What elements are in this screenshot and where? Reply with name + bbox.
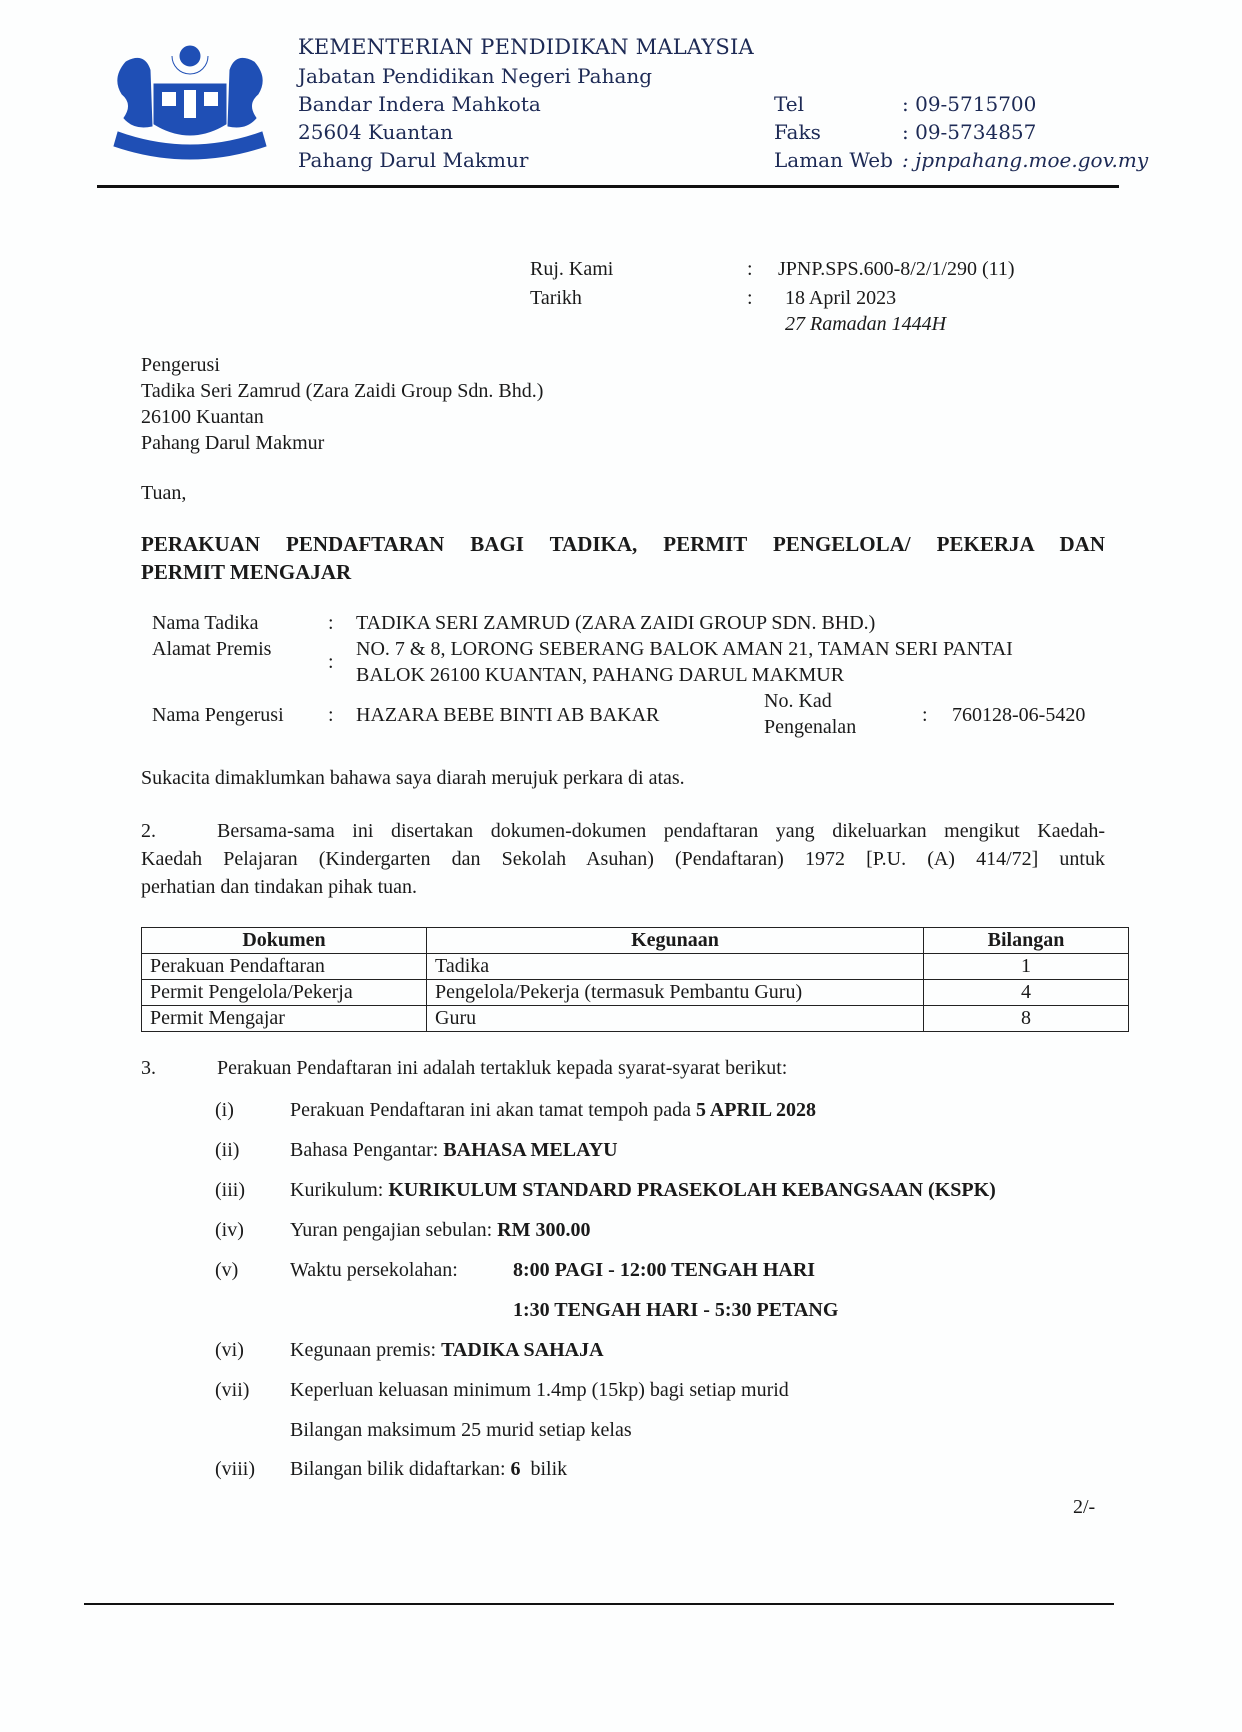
condition-number: (iv)	[215, 1219, 244, 1242]
department-address: Jabatan Pendidikan Negeri Pahang Bandar …	[298, 62, 652, 174]
condition-text: Waktu persekolahan:	[290, 1259, 458, 1282]
column-header: Bilangan	[924, 928, 1129, 954]
condition-text: Keperluan keluasan minimum 1.4mp (15kp) …	[290, 1379, 789, 1402]
condition-number: (viii)	[215, 1458, 255, 1481]
condition-value: 1:30 TENGAH HARI - 5:30 PETANG	[513, 1299, 838, 1322]
pengerusi-value: HAZARA BEBE BINTI AB BAKAR	[356, 702, 659, 728]
nama-tadika-value: TADIKA SERI ZAMRUD (ZARA ZAIDI GROUP SDN…	[356, 610, 875, 636]
para-number: 3.	[141, 1057, 156, 1079]
ic-label-2: Pengenalan	[764, 714, 856, 740]
condition-number: (v)	[215, 1259, 238, 1282]
condition-value: 6	[511, 1458, 521, 1480]
cell-dokumen: Permit Pengelola/Pekerja	[142, 980, 427, 1006]
cell-bilangan: 4	[924, 980, 1129, 1006]
colon: :	[747, 256, 753, 282]
table-row: Permit Pengelola/Pekerja Pengelola/Peker…	[142, 980, 1129, 1006]
para-number: 2.	[141, 817, 156, 845]
hijri-date: 27 Ramadan 1444H	[785, 311, 946, 337]
column-header: Dokumen	[142, 928, 427, 954]
colon: :	[328, 702, 334, 728]
address-line: Jabatan Pendidikan Negeri Pahang	[298, 62, 652, 90]
pengerusi-label: Nama Pengerusi	[152, 702, 284, 728]
alamat-line2: BALOK 26100 KUANTAN, PAHANG DARUL MAKMUR	[356, 662, 844, 688]
para-intro: Perakuan Pendaftaran ini adalah tertaklu…	[217, 1055, 787, 1081]
condition-text: Bilangan maksimum 25 murid setiap kelas	[290, 1419, 632, 1442]
condition-text: Bahasa Pengantar:	[290, 1139, 443, 1161]
condition-text: Kurikulum:	[290, 1179, 388, 1201]
cell-bilangan: 8	[924, 1006, 1129, 1032]
recipient-line: 26100 Kuantan	[141, 404, 543, 430]
table-header-row: Dokumen Kegunaan Bilangan	[142, 928, 1129, 954]
condition-value: KURIKULUM STANDARD PRASEKOLAH KEBANGSAAN…	[388, 1179, 995, 1201]
details-block: Nama Tadika : TADIKA SERI ZAMRUD (ZARA Z…	[152, 610, 1112, 740]
condition-number: (i)	[215, 1099, 234, 1122]
reference-block: Ruj. Kami : JPNP.SPS.600-8/2/1/290 (11) …	[530, 256, 1090, 337]
condition-text: Yuran pengajian sebulan:	[290, 1219, 497, 1241]
colon: :	[922, 702, 928, 728]
colon: :	[747, 285, 753, 311]
paragraph-3: 3. Perakuan Pendaftaran ini adalah terta…	[141, 1055, 156, 1081]
recipient-line: Pengerusi	[141, 352, 543, 378]
condition-text: bilik	[521, 1458, 568, 1480]
tarikh-label: Tarikh	[530, 287, 582, 309]
web-label: Laman Web	[774, 146, 893, 174]
cell-bilangan: 1	[924, 954, 1129, 980]
para-line: Bersama-sama ini disertakan dokumen-doku…	[217, 820, 1105, 842]
paragraph-2: 2. Bersama-sama ini disertakan dokumen-d…	[141, 817, 1105, 901]
nama-tadika-label: Nama Tadika	[152, 612, 259, 634]
ministry-name: KEMENTERIAN PENDIDIKAN MALAYSIA	[298, 35, 754, 59]
condition-number: (vi)	[215, 1339, 244, 1362]
condition-value: TADIKA SAHAJA	[441, 1339, 603, 1361]
para-line: Kaedah Pelajaran (Kindergarten dan Sekol…	[141, 845, 1105, 873]
address-line: Bandar Indera Mahkota	[298, 90, 652, 118]
cell-kegunaan: Tadika	[427, 954, 924, 980]
cell-kegunaan: Guru	[427, 1006, 924, 1032]
documents-table: Dokumen Kegunaan Bilangan Perakuan Penda…	[141, 927, 1129, 1032]
address-line: 25604 Kuantan	[298, 118, 652, 146]
ic-label-1: No. Kad	[764, 688, 832, 714]
recipient-line: Pahang Darul Makmur	[141, 430, 543, 456]
condition-text: Perakuan Pendaftaran ini akan tamat temp…	[290, 1099, 696, 1121]
recipient-line: Tadika Seri Zamrud (Zara Zaidi Group Sdn…	[141, 378, 543, 404]
ic-value: 760128-06-5420	[952, 702, 1085, 728]
ruj-label: Ruj. Kami	[530, 258, 613, 280]
condition-value: 5 APRIL 2028	[696, 1099, 816, 1121]
contact-values: : 09-5715700 : 09-5734857 : jpnpahang.mo…	[902, 90, 1148, 174]
alamat-label: Alamat Premis	[152, 638, 271, 660]
salutation: Tuan,	[141, 480, 186, 506]
web-link[interactable]: : jpnpahang.moe.gov.my	[902, 146, 1148, 174]
condition-text: Kegunaan premis:	[290, 1339, 441, 1361]
condition-number: (ii)	[215, 1139, 239, 1162]
subject-line: PERAKUAN PENDAFTARAN BAGI TADIKA, PERMIT…	[141, 530, 1105, 558]
address-line: Pahang Darul Makmur	[298, 146, 652, 174]
cell-dokumen: Permit Mengajar	[142, 1006, 427, 1032]
subject-heading: PERAKUAN PENDAFTARAN BAGI TADIKA, PERMIT…	[141, 530, 1105, 586]
para-line: perhatian dan tindakan pihak tuan.	[141, 873, 1105, 901]
page-continuation-marker: 2/-	[1073, 1494, 1095, 1520]
colon: :	[328, 649, 334, 675]
condition-text: Bilangan bilik didaftarkan:	[290, 1458, 511, 1480]
table-row: Perakuan Pendaftaran Tadika 1	[142, 954, 1129, 980]
condition-value: BAHASA MELAYU	[443, 1139, 617, 1161]
condition-value: RM 300.00	[497, 1219, 590, 1241]
paragraph-1: Sukacita dimaklumkan bahawa saya diarah …	[141, 765, 685, 791]
tel-value: : 09-5715700	[902, 90, 1148, 118]
contact-labels: Tel Faks Laman Web	[774, 90, 893, 174]
fax-label: Faks	[774, 118, 893, 146]
subject-line: PERMIT MENGAJAR	[141, 558, 1105, 586]
alamat-line1: NO. 7 & 8, LORONG SEBERANG BALOK AMAN 21…	[356, 636, 1013, 662]
footer-divider	[84, 1603, 1114, 1605]
tarikh-value: 18 April 2023	[785, 285, 896, 311]
cell-dokumen: Perakuan Pendaftaran	[142, 954, 427, 980]
condition-number: (iii)	[215, 1179, 245, 1202]
condition-value: 8:00 PAGI - 12:00 TENGAH HARI	[513, 1259, 815, 1282]
column-header: Kegunaan	[427, 928, 924, 954]
fax-value: : 09-5734857	[902, 118, 1148, 146]
crest-icon	[104, 34, 276, 166]
table-row: Permit Mengajar Guru 8	[142, 1006, 1129, 1032]
recipient-address: Pengerusi Tadika Seri Zamrud (Zara Zaidi…	[141, 352, 543, 456]
colon: :	[328, 610, 334, 636]
ruj-value: JPNP.SPS.600-8/2/1/290 (11)	[778, 256, 1015, 282]
tel-label: Tel	[774, 90, 893, 118]
condition-number: (vii)	[215, 1379, 249, 1402]
header-divider	[97, 185, 1119, 188]
cell-kegunaan: Pengelola/Pekerja (termasuk Pembantu Gur…	[427, 980, 924, 1006]
